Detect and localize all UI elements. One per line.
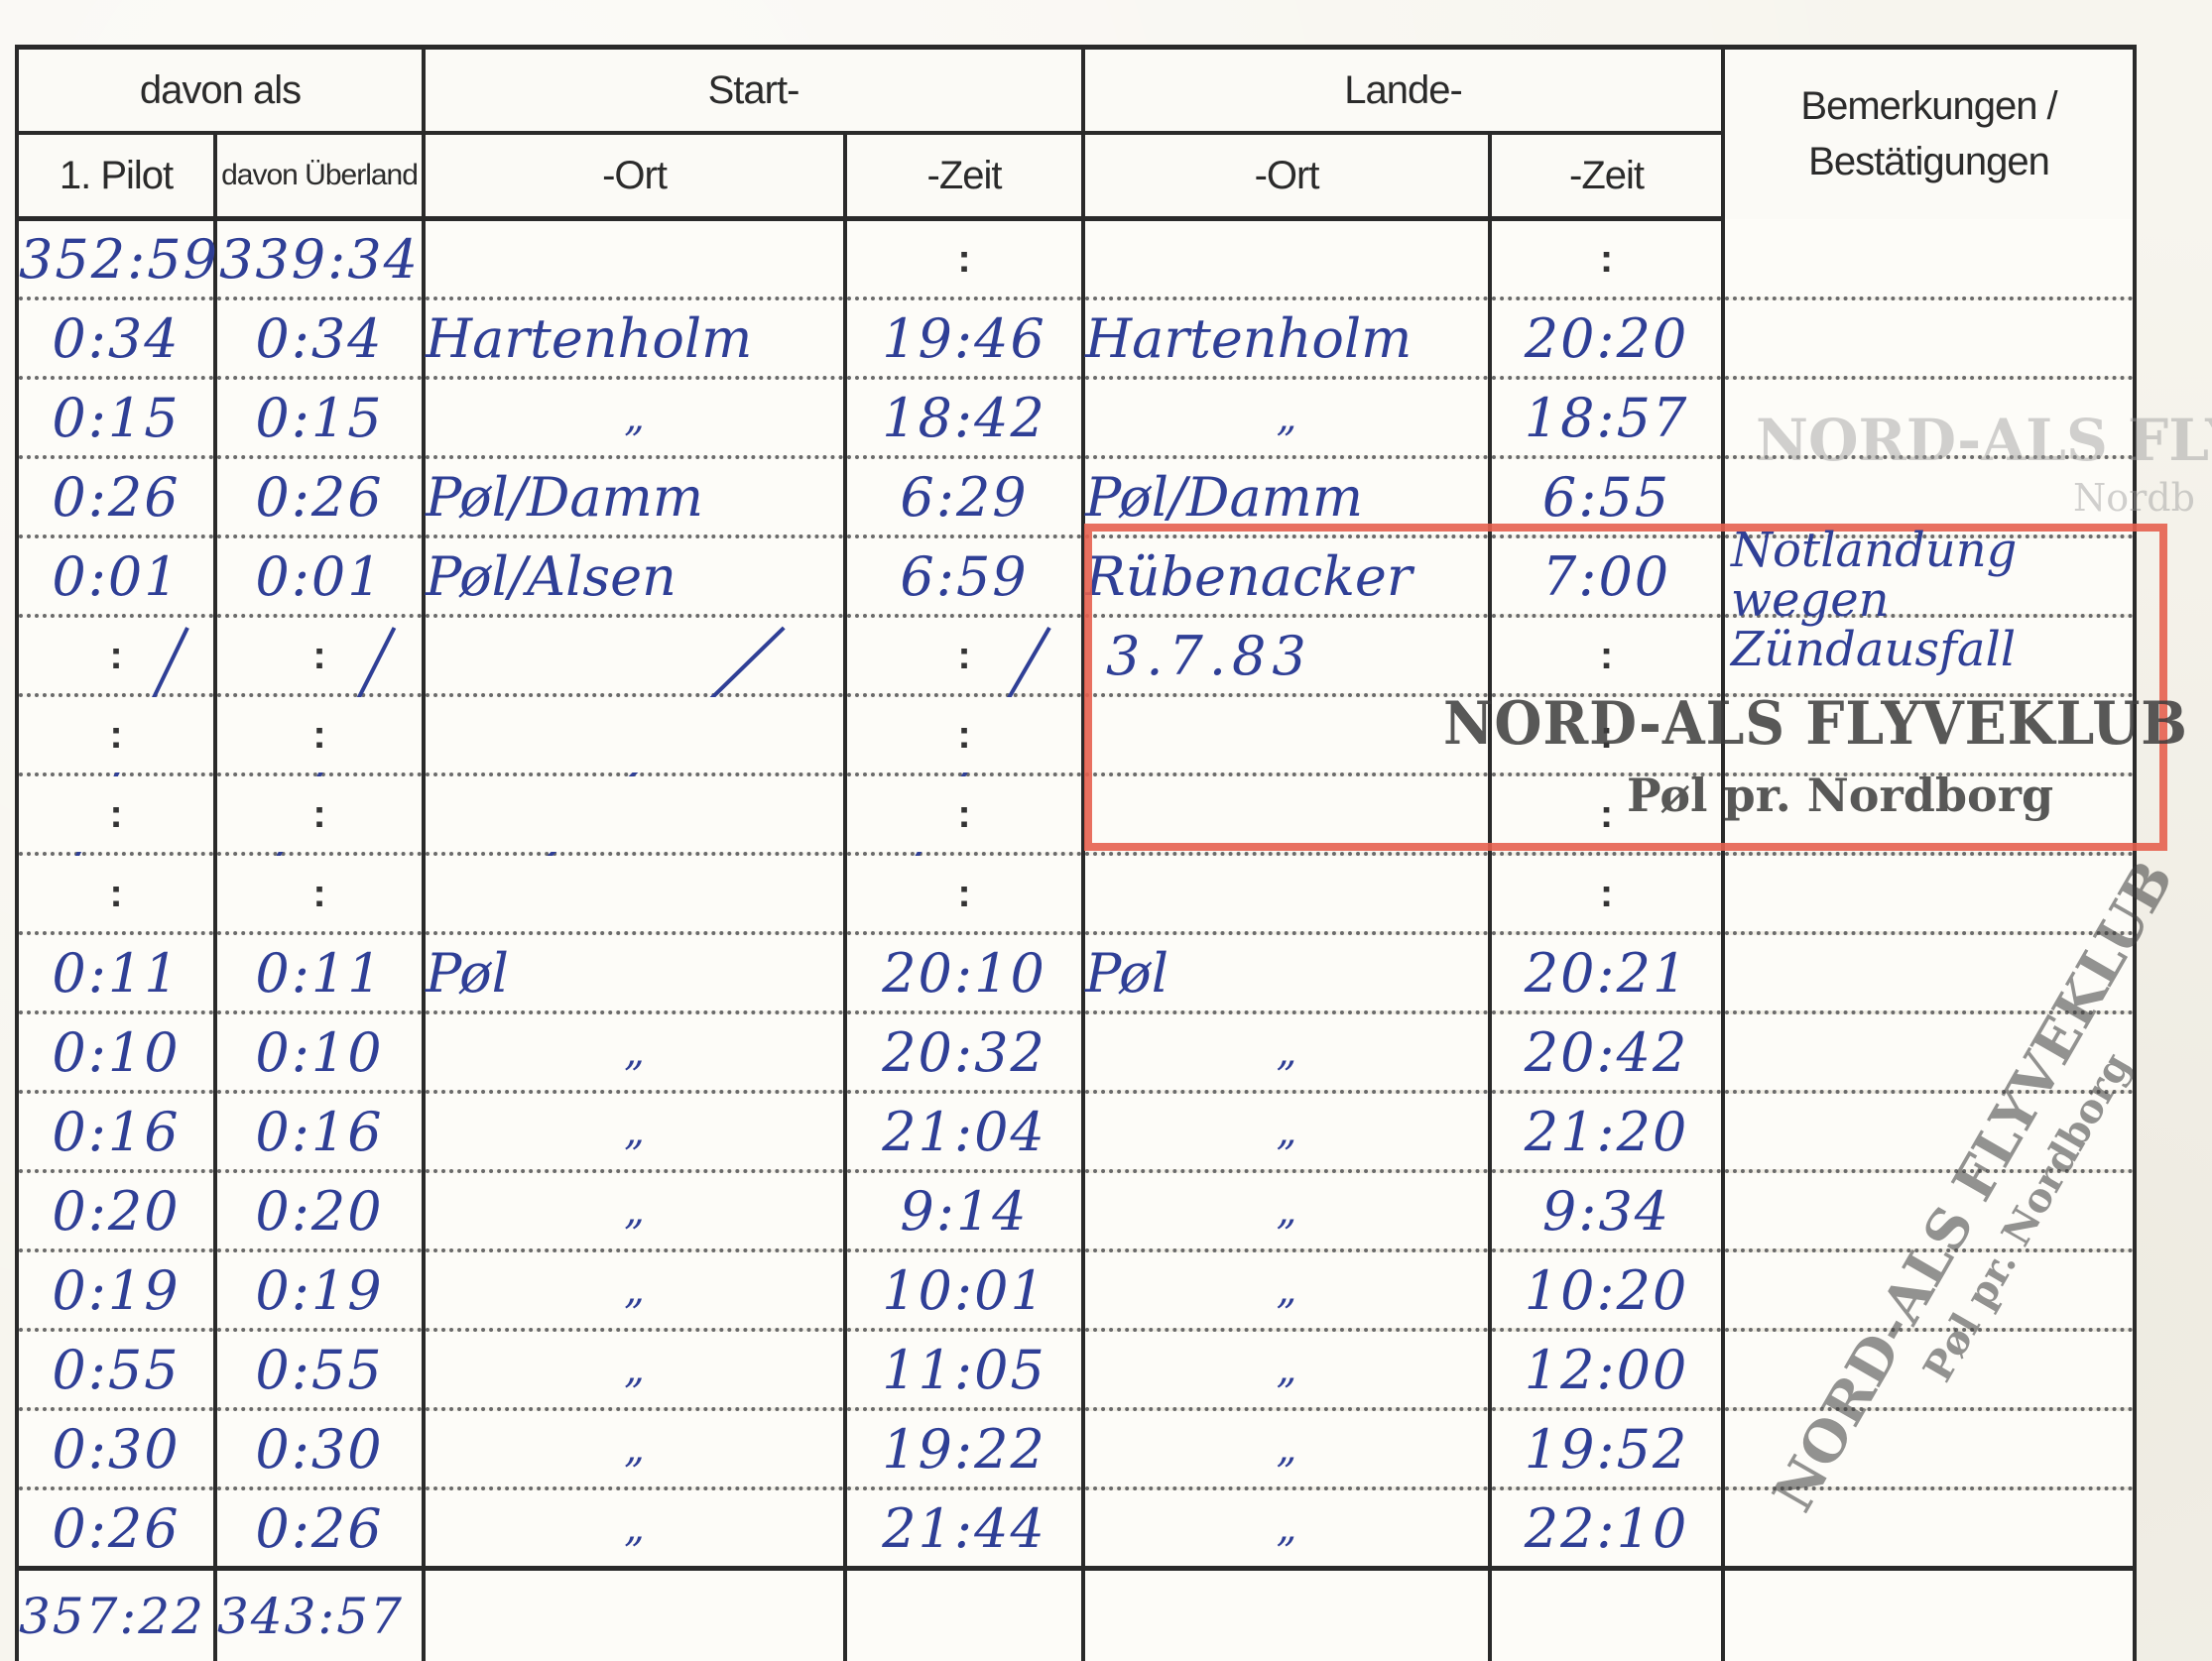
start-location [424,774,845,854]
header-davon-ueberland: davon Überland [215,133,424,219]
start-time: 21:44 [845,1488,1083,1569]
table-row: 0:110:11Pøl20:10Pøl20:21 [17,933,2135,1012]
pilot1-duration: 0:30 [17,1409,215,1488]
landing-location: „ [1083,1012,1490,1092]
header-start-zeit: -Zeit [845,133,1083,219]
pilot1-duration: 0:26 [17,1488,215,1569]
time-colon-mark: : [1490,219,1723,299]
table-row: 0:200:20„9:14„9:34 [17,1171,2135,1250]
total-pilot1: 357:22 [17,1569,215,1661]
ueberland-duration: 0:16 [215,1092,424,1171]
start-time: 9:14 [845,1171,1083,1250]
start-location [424,695,845,774]
ueberland-duration: 0:01 [215,536,424,616]
time-colon-mark: : [845,695,1083,774]
time-colon-mark: : [17,616,215,695]
header-lande-group: Lande- [1083,48,1723,134]
time-colon-mark: : [1490,616,1723,695]
start-location: „ [424,1330,845,1409]
total-empty [1083,1569,1490,1661]
carry-forward-pilot1: 352:59 [17,219,215,299]
remarks [1723,1092,2135,1171]
time-colon-mark: : [215,616,424,695]
total-empty [1490,1569,1723,1661]
remarks [1723,1330,2135,1409]
landing-location: Rübenacker [1083,536,1490,616]
remarks [1723,1488,2135,1569]
start-location: „ [424,1409,845,1488]
start-location: „ [424,1171,845,1250]
total-empty [845,1569,1083,1661]
ueberland-duration: 0:26 [215,457,424,536]
remarks [1723,1250,2135,1330]
ueberland-duration: 0:20 [215,1171,424,1250]
carry-forward-lande-ort [1083,219,1490,299]
landing-time: 7:00 [1490,536,1723,616]
table-row: 0:150:15„18:42„18:57 [17,378,2135,457]
time-colon-mark: : [1490,774,1723,854]
start-location [424,854,845,933]
table-row: 0:550:55„11:05„12:00 [17,1330,2135,1409]
pilot1-duration: 0:34 [17,298,215,378]
start-time: 11:05 [845,1330,1083,1409]
start-time: 18:42 [845,378,1083,457]
landing-time: 12:00 [1490,1330,1723,1409]
landing-location: „ [1083,1330,1490,1409]
header-remarks: Bemerkungen / Bestätigungen [1723,48,2135,219]
landing-location [1083,774,1490,854]
start-location: „ [424,1012,845,1092]
remark-line: Notlandung [1731,526,2017,575]
time-colon-mark: : [17,774,215,854]
carry-forward-row: 352:59 339:34 : : [17,219,2135,299]
landing-time: 18:57 [1490,378,1723,457]
flight-log-table: davon als Start- Lande- Bemerkungen / Be… [15,45,2137,1661]
pilot1-duration: 0:10 [17,1012,215,1092]
table-row: 0:190:19„10:01„10:20 [17,1250,2135,1330]
ueberland-duration: 0:11 [215,933,424,1012]
time-colon-mark: : [845,854,1083,933]
landing-time: 20:21 [1490,933,1723,1012]
carry-forward-ueberland: 339:34 [215,219,424,299]
log-body: 352:59 339:34 : : 0:340:34Hartenholm19:4… [17,219,2135,1569]
time-colon-mark: : [17,854,215,933]
landing-time: 9:34 [1490,1171,1723,1250]
landing-time: 22:10 [1490,1488,1723,1569]
logbook-page: davon als Start- Lande- Bemerkungen / Be… [0,0,2212,1661]
pilot1-duration: 0:55 [17,1330,215,1409]
emergency-landing-date: 3.7.83 [1106,625,1312,687]
ueberland-duration: 0:34 [215,298,424,378]
table-row: :::: [17,695,2135,774]
start-location: Pøl [424,933,845,1012]
start-time: 19:46 [845,298,1083,378]
ueberland-duration: 0:26 [215,1488,424,1569]
start-location: „ [424,378,845,457]
totals-row: 357:22 343:57 [17,1569,2135,1661]
time-colon-mark: : [1490,854,1723,933]
total-empty [424,1569,845,1661]
table-row: 0:300:30„19:22„19:52 [17,1409,2135,1488]
remark-line: Zündausfall [1731,625,2017,674]
start-location: Hartenholm [424,298,845,378]
header-pilot1: 1. Pilot [17,133,215,219]
start-location [424,616,845,695]
start-location: „ [424,1250,845,1330]
start-location: „ [424,1092,845,1171]
landing-location [1083,695,1490,774]
start-time: 6:29 [845,457,1083,536]
landing-location: „ [1083,1171,1490,1250]
ueberland-duration: 0:10 [215,1012,424,1092]
table-row: 0:100:10„20:32„20:42 [17,1012,2135,1092]
header-start-group: Start- [424,48,1083,134]
time-colon-mark: : [1490,695,1723,774]
table-row: 0:340:34Hartenholm19:46Hartenholm20:20 [17,298,2135,378]
time-colon-mark: : [215,695,424,774]
remarks [1723,695,2135,774]
landing-time: 20:42 [1490,1012,1723,1092]
remarks [1723,298,2135,378]
header-lande-ort: -Ort [1083,133,1490,219]
landing-location: „ [1083,1250,1490,1330]
emergency-landing-remark: NotlandungwegenZündausfall [1731,526,2017,674]
total-ueberland: 343:57 [215,1569,424,1661]
table-row: :::: [17,854,2135,933]
landing-location: „ [1083,1488,1490,1569]
start-time: 21:04 [845,1092,1083,1171]
start-location: Pøl/Alsen [424,536,845,616]
start-time: 19:22 [845,1409,1083,1488]
start-time: 6:59 [845,536,1083,616]
landing-time: 20:20 [1490,298,1723,378]
header-lande-zeit: -Zeit [1490,133,1723,219]
ueberland-duration: 0:55 [215,1330,424,1409]
remarks [1723,1409,2135,1488]
time-colon-mark: : [215,854,424,933]
carry-forward-start-ort [424,219,845,299]
pilot1-duration: 0:19 [17,1250,215,1330]
table-row: 0:160:16„21:04„21:20 [17,1092,2135,1171]
pilot1-duration: 0:01 [17,536,215,616]
landing-location: „ [1083,378,1490,457]
time-colon-mark: : [17,695,215,774]
remarks [1723,774,2135,854]
pilot1-duration: 0:16 [17,1092,215,1171]
total-empty [1723,1569,2135,1661]
pilot1-duration: 0:20 [17,1171,215,1250]
remark-line: wegen [1731,575,2017,625]
ueberland-duration: 0:19 [215,1250,424,1330]
header-row-top: davon als Start- Lande- Bemerkungen / Be… [17,48,2135,134]
pilot1-duration: 0:26 [17,457,215,536]
landing-time: 10:20 [1490,1250,1723,1330]
flight-logbook: davon als Start- Lande- Bemerkungen / Be… [15,45,2133,1636]
start-time: 20:10 [845,933,1083,1012]
landing-time: 21:20 [1490,1092,1723,1171]
pilot1-duration: 0:15 [17,378,215,457]
landing-time: 19:52 [1490,1409,1723,1488]
landing-location: Hartenholm [1083,298,1490,378]
landing-location: Pøl/Damm [1083,457,1490,536]
remarks [1723,854,2135,933]
table-row: :::: [17,774,2135,854]
landing-time: 6:55 [1490,457,1723,536]
landing-location: „ [1083,1092,1490,1171]
start-location: „ [424,1488,845,1569]
time-colon-mark: : [215,774,424,854]
landing-location: Pøl [1083,933,1490,1012]
ueberland-duration: 0:15 [215,378,424,457]
start-location: Pøl/Damm [424,457,845,536]
remarks [1723,378,2135,457]
start-time: 20:32 [845,1012,1083,1092]
landing-location: „ [1083,1409,1490,1488]
start-time: 10:01 [845,1250,1083,1330]
ueberland-duration: 0:30 [215,1409,424,1488]
time-colon-mark: : [845,616,1083,695]
carry-forward-remarks [1723,219,2135,299]
pilot1-duration: 0:11 [17,933,215,1012]
header-davon-als: davon als [17,48,424,134]
table-row: 0:260:26„21:44„22:10 [17,1488,2135,1569]
time-colon-mark: : [845,219,1083,299]
remarks [1723,1012,2135,1092]
remarks [1723,1171,2135,1250]
header-start-ort: -Ort [424,133,845,219]
time-colon-mark: : [845,774,1083,854]
landing-location [1083,854,1490,933]
remarks [1723,933,2135,1012]
